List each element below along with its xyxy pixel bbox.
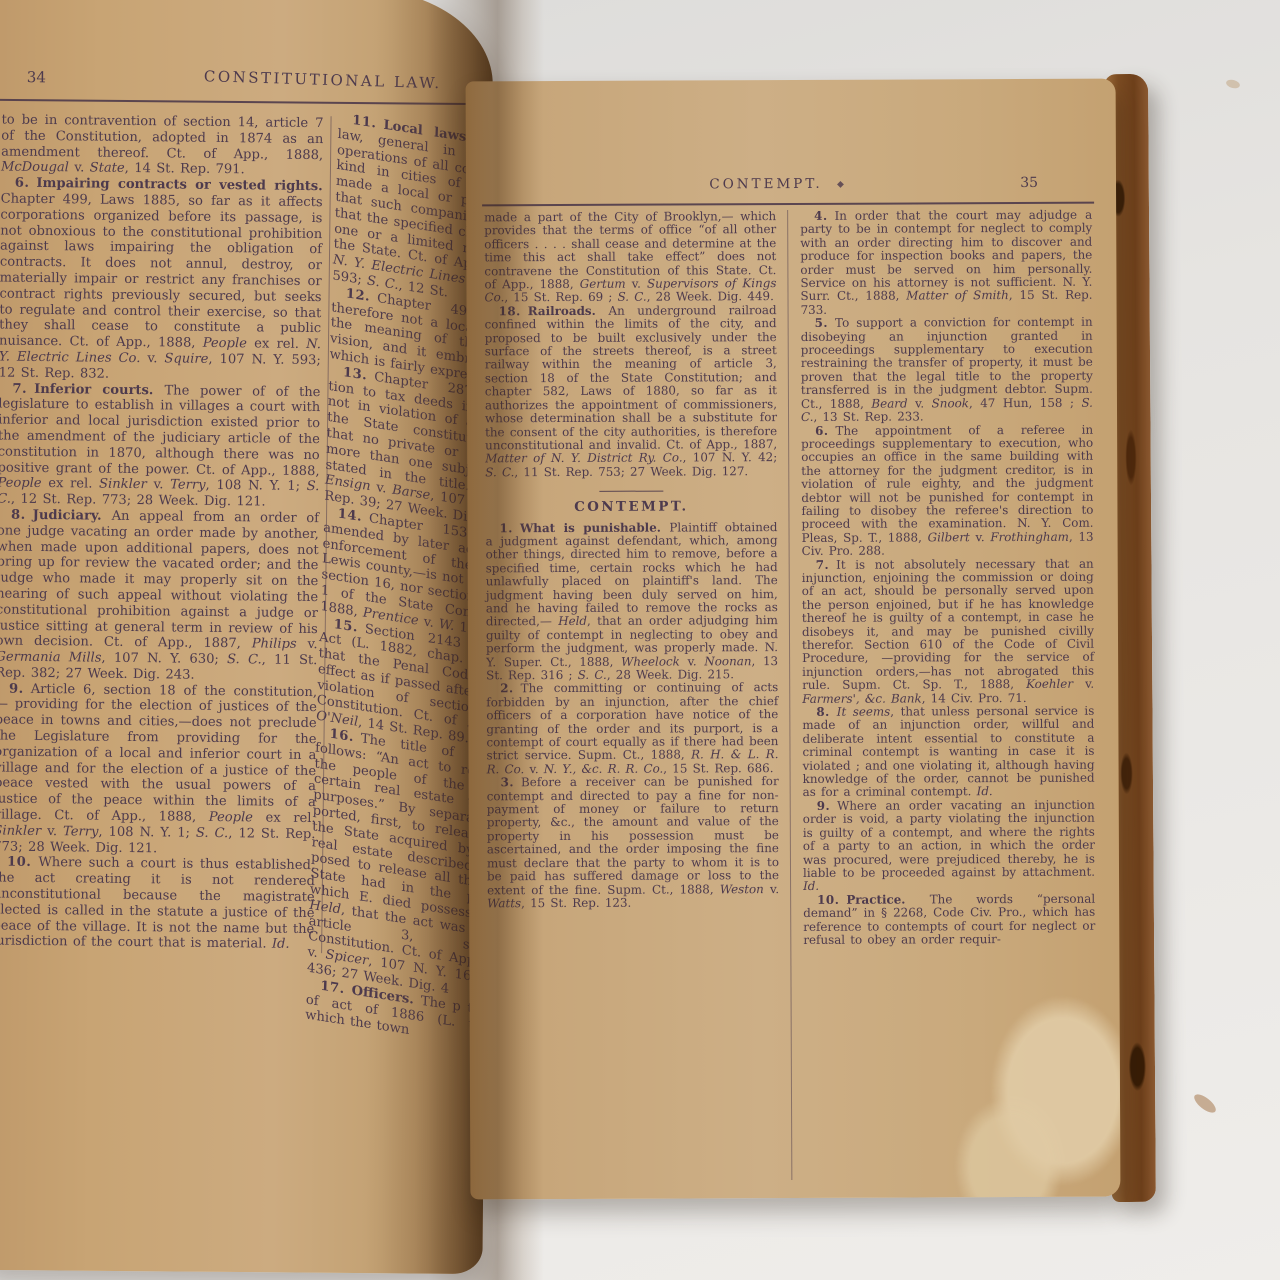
paragraph: 5.To support a conviction for contempt i… bbox=[801, 316, 1093, 425]
paragraph: 10.Where such a court is thus establishe… bbox=[0, 855, 315, 953]
section-heading: CONTEMPT. bbox=[485, 500, 777, 515]
section-divider bbox=[599, 491, 663, 492]
paragraph: 1.What is punishable. Plaintiff obtained… bbox=[485, 521, 778, 683]
surface-speck-small bbox=[1225, 78, 1241, 89]
paragraph: 7.It is not absolutely necessary that an… bbox=[802, 557, 1095, 706]
paragraph: 18.Railroads. An underground railroad co… bbox=[485, 304, 778, 480]
left-page-number: 34 bbox=[27, 68, 46, 86]
paragraph: 8.Judiciary. An appeal from an order of … bbox=[0, 507, 319, 684]
paragraph: 6.The appointment of a referee in procee… bbox=[801, 423, 1094, 558]
paragraph: to be in contravention of section 14, ar… bbox=[1, 112, 324, 179]
left-running-head-title: CONSTITUTIONAL LAW. bbox=[161, 66, 485, 94]
left-column-1: to be in contravention of section 14, ar… bbox=[0, 112, 332, 953]
paragraph: 8.It seems, that unless personal service… bbox=[802, 705, 1094, 800]
right-running-head: CONTEMPT. ◆ 35 bbox=[482, 175, 1094, 207]
paragraph: 16.The title of a cert follows: “An act … bbox=[307, 725, 494, 1007]
printers-mark: ◆ bbox=[837, 180, 844, 190]
paragraph: made a part of the City of Brooklyn,— wh… bbox=[484, 210, 776, 305]
page-corner-stain bbox=[919, 961, 1120, 1200]
paragraph: 7.Inferior courts. The power of of the l… bbox=[0, 381, 321, 511]
right-page-number: 35 bbox=[1020, 175, 1038, 191]
paragraph: 3.Before a receiver can be punished for … bbox=[487, 775, 780, 910]
left-running-head: 34 CONSTITUTIONAL LAW. bbox=[0, 68, 485, 105]
right-running-head-title: CONTEMPT. bbox=[482, 175, 1050, 193]
surface-speck bbox=[1191, 1091, 1218, 1116]
book-photo: 34 CONSTITUTIONAL LAW. to be in contrave… bbox=[0, 0, 1280, 1280]
right-column-1: made a part of the City of Brooklyn,— wh… bbox=[484, 210, 791, 1181]
paragraph: 10.Practice. The words “personal demand”… bbox=[803, 892, 1095, 947]
paragraph: 6.Impairing contracts or vested rights. … bbox=[0, 176, 323, 385]
paragraph: 9.Article 6, section 18 of the constitut… bbox=[0, 681, 317, 858]
right-page: CONTEMPT. ◆ 35 made a part of the City o… bbox=[466, 79, 1121, 1200]
paragraph: 9.Where an order vacating an injunction … bbox=[803, 799, 1095, 894]
paragraph: 4.In order that the court may adjudge a … bbox=[800, 209, 1092, 318]
paragraph: 2.The committing or continuing of acts f… bbox=[486, 681, 778, 776]
left-column-2: 11.Local laws and the law, general in it… bbox=[305, 111, 494, 1054]
left-page: 34 CONSTITUTIONAL LAW. to be in contrave… bbox=[0, 0, 494, 1274]
